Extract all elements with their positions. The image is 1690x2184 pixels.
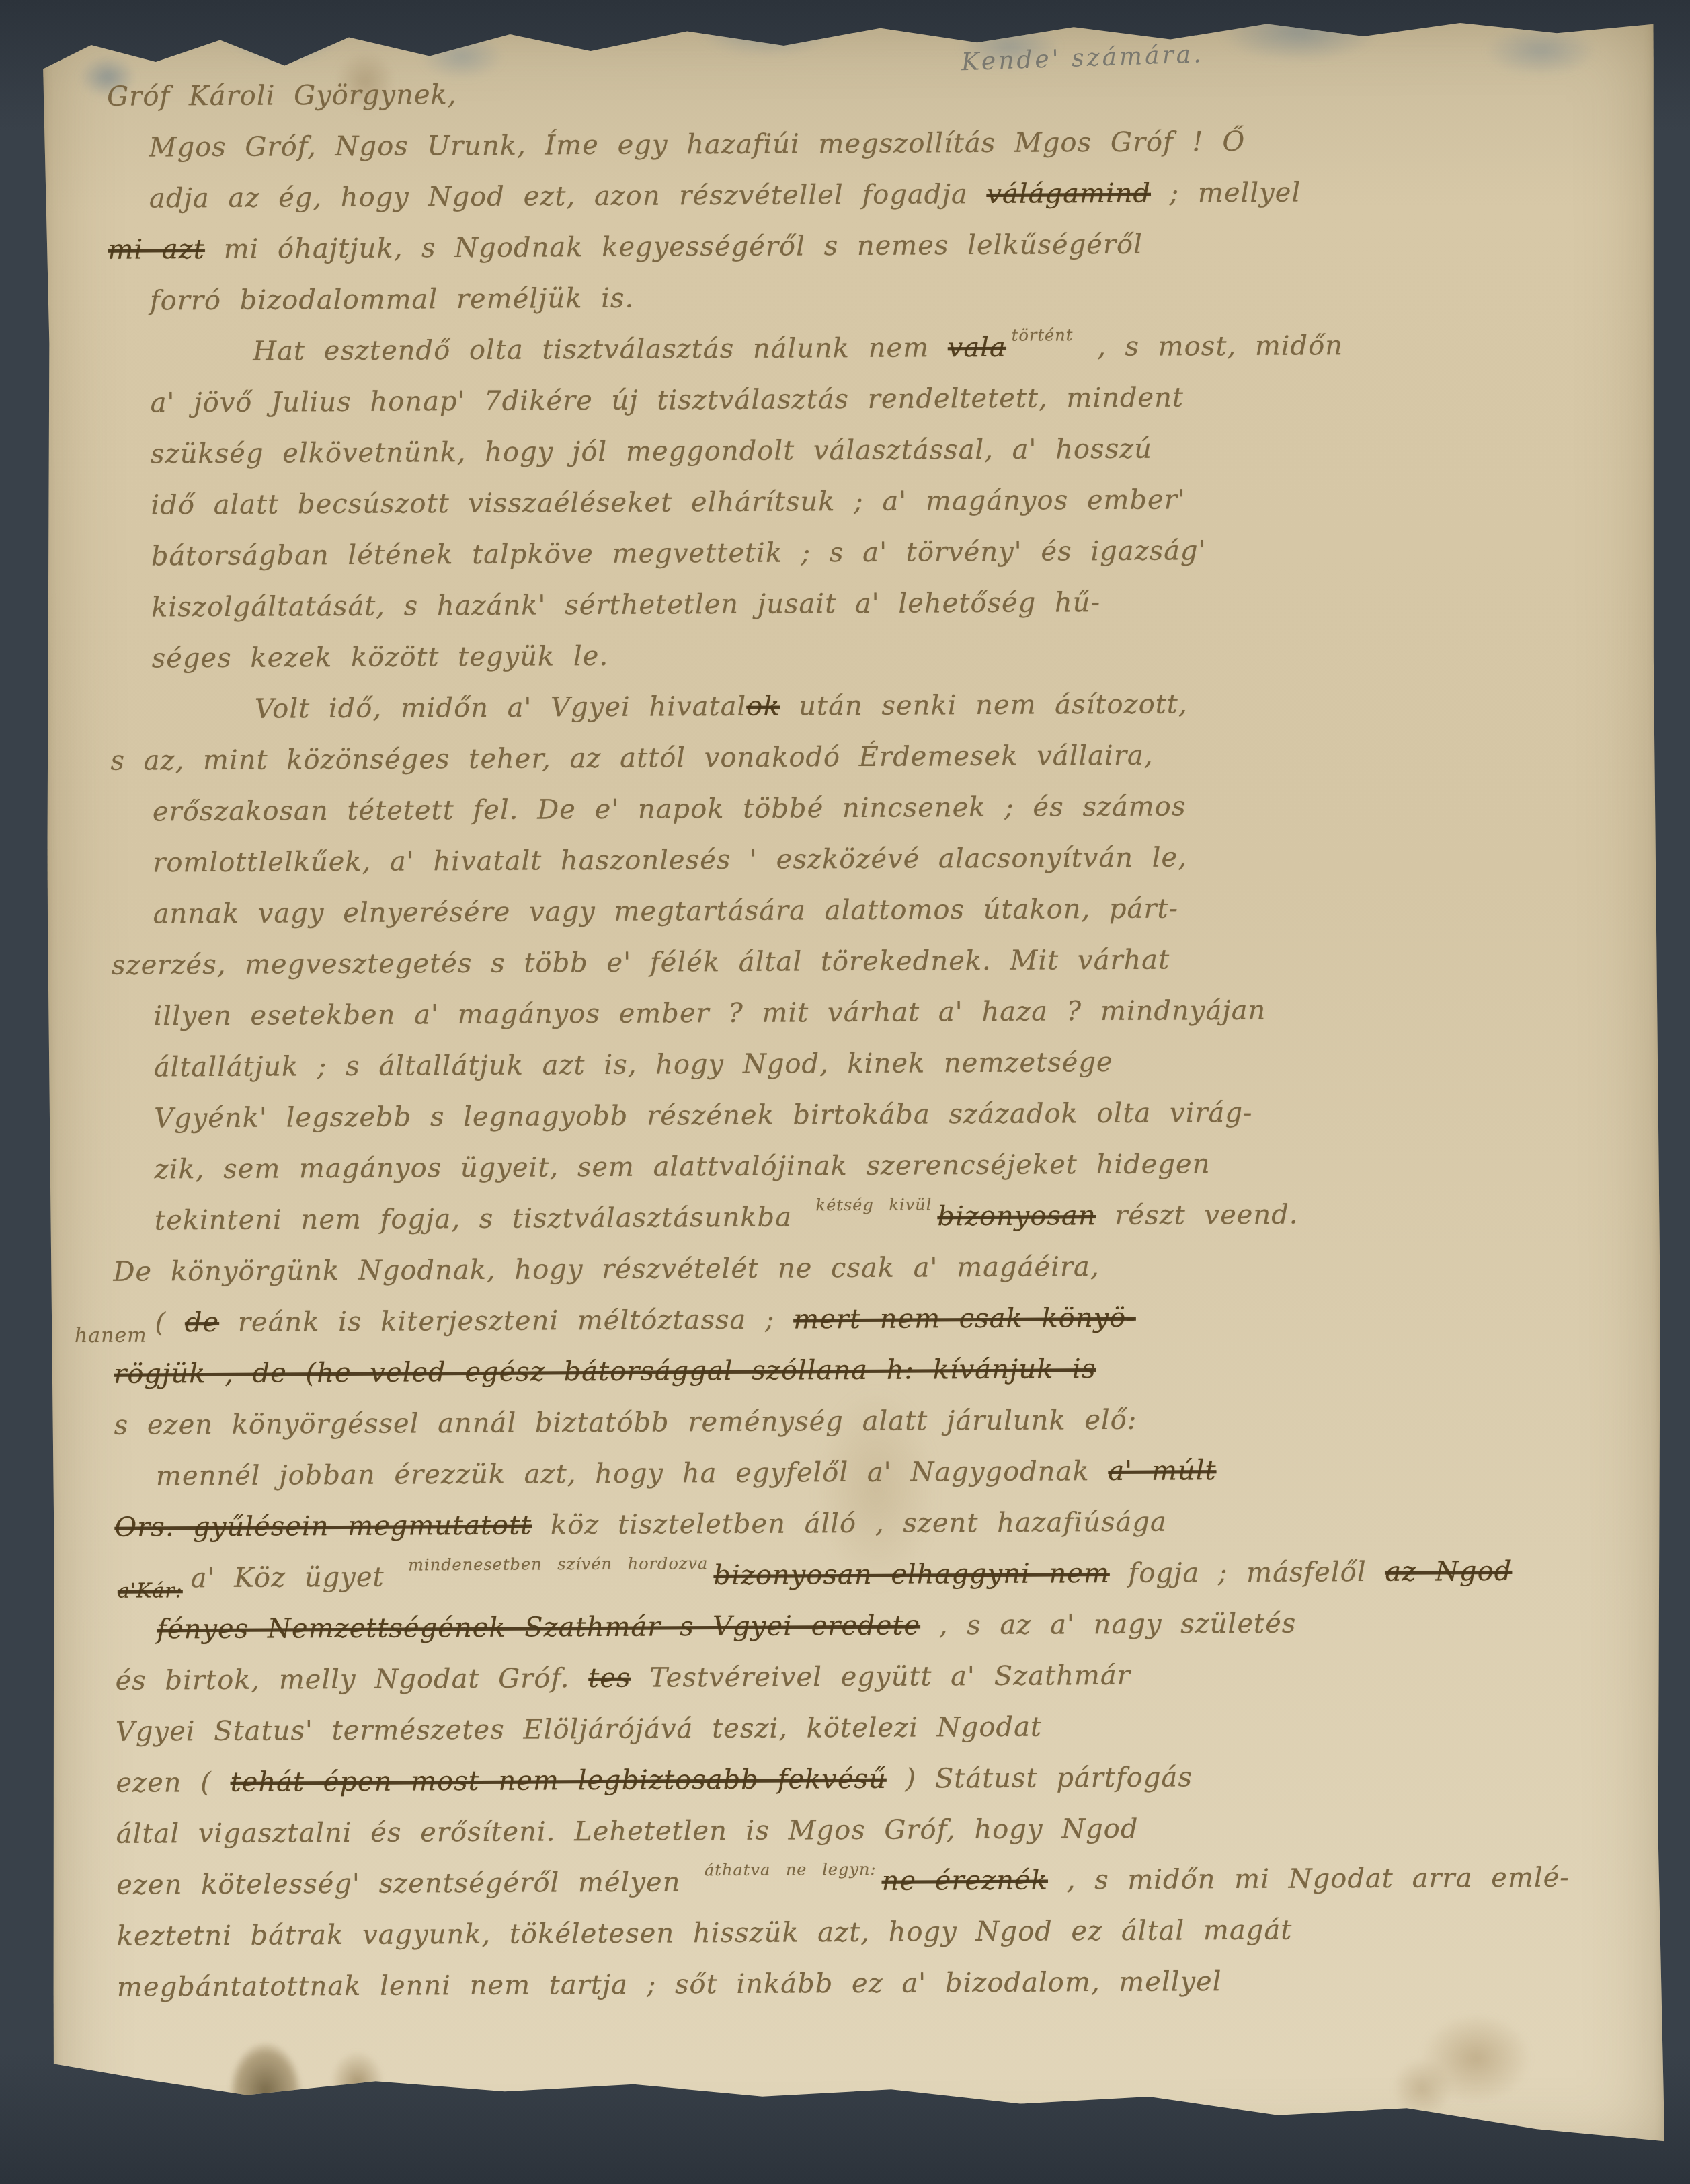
manuscript-line: a' jövő Julius honap' 7dikére új tisztvá… [108, 370, 1628, 429]
manuscript-line: fényes Nemzettségének Szathmár s Vgyei e… [115, 1596, 1635, 1655]
text-segment: zik, sem magányos ügyeit, sem alattvalój… [154, 1148, 1210, 1185]
inserted-segment: mindenesetben szívén hordozva [408, 1554, 708, 1574]
struck-segment: Ors. gyűlésein megmutatott [114, 1510, 532, 1543]
text-segment: részt veend. [1096, 1200, 1298, 1232]
text-segment: kiszolgáltatását, s hazánk' sérthetetlen… [151, 587, 1100, 623]
text-segment: Vgyénk' legszebb s legnagyobb részének b… [154, 1097, 1252, 1134]
struck-segment: ok [746, 691, 780, 722]
text-segment: Mgos Gróf, Ngos Urunk, Íme egy hazafiúi … [149, 126, 1246, 163]
text-segment: mennél jobban érezzük azt, hogy ha egyfe… [156, 1456, 1109, 1491]
manuscript-paper: Kende' számára. Gróf Károli Györgynek, M… [43, 13, 1665, 2167]
text-segment: megbántatottnak lenni nem tartja ; sőt i… [117, 1966, 1222, 2003]
struck-segment: fényes Nemzettségének Szathmár s Vgyei e… [157, 1610, 920, 1645]
text-segment: keztetni bátrak vagyunk, tökéletesen his… [116, 1915, 1292, 1952]
manuscript-line: séges kezek között tegyük le. [110, 625, 1629, 685]
struck-segment: tehát épen most nem legbiztosabb fekvésű [230, 1764, 886, 1798]
manuscript-line: illyen esetekben a' magányos ember ? mit… [112, 983, 1632, 1042]
text-segment: mi óhajtjuk, s Ngodnak kegyességéről s n… [205, 229, 1143, 265]
struck-segment: mi azt [108, 234, 205, 266]
manuscript-line: és birtok, melly Ngodat Gróf. tes Testvé… [115, 1647, 1635, 1707]
manuscript-line: erőszakosan tétetett fel. De e' napok tö… [111, 779, 1631, 838]
manuscript-line: annak vagy elnyerésére vagy megtartására… [111, 881, 1631, 940]
manuscript-line: általlátjuk ; s általlátjuk azt is, hogy… [112, 1034, 1632, 1093]
struck-segment: a' múlt [1108, 1455, 1216, 1487]
text-segment: a' jövő Julius honap' 7dikére új tisztvá… [151, 382, 1184, 418]
manuscript-line: megbántatottnak lenni nem tartja ; sőt i… [117, 1954, 1637, 2013]
text-segment: erőszakosan tétetett fel. De e' napok tö… [153, 791, 1186, 827]
text-segment: és birtok, melly Ngodat Gróf. [115, 1663, 588, 1696]
ink-blot-bottom-left [188, 2017, 430, 2152]
text-segment: séges kezek között tegyük le. [152, 641, 609, 674]
margin-note-struck: a'Kár: [118, 1579, 183, 1603]
manuscript-line: De könyörgünk Ngodnak, hogy részvételét … [113, 1239, 1633, 1298]
struck-segment: vala [948, 332, 1006, 363]
manuscript-line: rögjük , de (he veled egész bátorsággal … [114, 1341, 1634, 1400]
struck-segment: de [185, 1307, 220, 1338]
struck-segment: rögjük , de (he veled egész bátorsággal … [114, 1354, 1096, 1390]
text-segment: ( [155, 1307, 185, 1338]
manuscript-line: által vigasztalni és erősíteni. Lehetetl… [116, 1801, 1636, 1860]
text-segment: Vgyei Status' természetes Elöljárójává t… [116, 1712, 1042, 1748]
manuscript-line: szükség elkövetnünk, hogy jól meggondolt… [109, 421, 1629, 480]
text-segment: ezen kötelesség' szentségéről mélyen [116, 1867, 699, 1901]
manuscript-line: hanem( de reánk is kiterjeszteni méltózt… [114, 1290, 1634, 1349]
letter-body: Mgos Gróf, Ngos Urunk, Íme egy hazafiúi … [107, 114, 1637, 2013]
margin-note: hanem [75, 1324, 147, 1348]
text-segment: s ezen könyörgéssel annál biztatóbb remé… [114, 1405, 1137, 1441]
manuscript-line: Vgyei Status' természetes Elöljárójává t… [116, 1699, 1636, 1758]
text-segment: illyen esetekben a' magányos ember ? mit… [153, 995, 1266, 1032]
text-segment: forró bizodalommal reméljük is. [150, 283, 635, 317]
manuscript-line: Volt idő, midőn a' Vgyei hivatalok után … [110, 676, 1630, 736]
text-segment: fogja ; másfelől [1110, 1557, 1385, 1589]
text-segment: De könyörgünk Ngodnak, hogy részvételét … [113, 1251, 1099, 1288]
text-segment: Volt idő, midőn a' Vgyei hivatal [255, 691, 746, 725]
text-segment: szükség elkövetnünk, hogy jól meggondolt… [151, 434, 1152, 470]
text-segment: ezen ( [116, 1767, 230, 1799]
manuscript-line: mi azt mi óhajtjuk, s Ngodnak kegyességé… [108, 217, 1627, 276]
text-segment: romlottlelkűek, a' hivatalt haszonlesés … [153, 842, 1187, 878]
text-segment: idő alatt becsúszott visszaéléseket elhá… [151, 484, 1186, 520]
letter-text: Gróf Károli Györgynek, Mgos Gróf, Ngos U… [107, 63, 1637, 2013]
text-segment: Hat esztendő olta tisztválasztás nálunk … [253, 332, 948, 366]
struck-segment: bizonyosan elhaggyni nem [713, 1558, 1110, 1591]
text-segment: tekinteni nem fogja, s tisztválasztásunk… [155, 1202, 811, 1236]
manuscript-line: bátorságban létének talpköve megvettetik… [110, 523, 1629, 582]
manuscript-line: Hat esztendő olta tisztválasztás nálunk … [108, 319, 1628, 378]
manuscript-line: kiszolgáltatását, s hazánk' sérthetetlen… [110, 574, 1629, 633]
struck-segment: az Ngod [1385, 1556, 1512, 1588]
inserted-segment: kétség kivül [815, 1196, 932, 1215]
manuscript-line: romlottlelkűek, a' hivatalt haszonlesés … [111, 830, 1631, 889]
struck-segment: válágamind [986, 178, 1151, 210]
struck-segment: ne éreznék [881, 1865, 1048, 1897]
text-segment: , s most, midőn [1078, 330, 1343, 362]
manuscript-line: szerzés, megvesztegetés s több e' félék … [112, 932, 1632, 991]
manuscript-line: forró bizodalommal reméljük is. [108, 268, 1628, 327]
manuscript-line: tekinteni nem fogja, s tisztválasztásunk… [113, 1187, 1633, 1247]
letter-heading: Gróf Károli Györgynek, [107, 63, 1627, 122]
text-segment: által vigasztalni és erősíteni. Lehetetl… [116, 1813, 1139, 1850]
text-segment: a' Köz ügyet [191, 1562, 403, 1594]
text-segment: Testvéreivel együtt a' Szathmár [631, 1660, 1131, 1694]
manuscript-line: Vgyénk' legszebb s legnagyobb részének b… [112, 1085, 1632, 1144]
scan-background: Kende' számára. Gróf Károli Györgynek, M… [0, 0, 1690, 2184]
struck-segment: bizonyosan [937, 1200, 1096, 1232]
manuscript-line: mennél jobban érezzük azt, hogy ha egyfe… [114, 1443, 1634, 1502]
text-segment: ; mellyel [1151, 177, 1301, 208]
manuscript-line: Mgos Gróf, Ngos Urunk, Íme egy hazafiúi … [107, 114, 1627, 173]
text-segment: , s midőn mi Ngodat arra emlé- [1048, 1862, 1570, 1896]
manuscript-line: s ezen könyörgéssel annál biztatóbb remé… [114, 1392, 1634, 1451]
manuscript-line: ezen ( tehát épen most nem legbiztosabb … [116, 1750, 1636, 1809]
manuscript-line: Ors. gyűlésein megmutatott köz tisztelet… [114, 1494, 1634, 1553]
manuscript-line: s az, mint közönséges teher, az attól vo… [110, 728, 1630, 787]
text-segment: általlátjuk ; s általlátjuk azt is, hogy… [154, 1047, 1113, 1083]
text-segment: s az, mint közönséges teher, az attól vo… [110, 740, 1153, 777]
text-segment: annak vagy elnyerésére vagy megtartására… [153, 893, 1178, 929]
text-segment: után senki nem ásítozott, [780, 689, 1187, 721]
text-segment: adja az ég, hogy Ngod ezt, azon részvéte… [149, 179, 987, 214]
manuscript-line: a'Kár:a' Köz ügyet mindenesetben szívén … [115, 1545, 1635, 1604]
text-segment: szerzés, megvesztegetés s több e' félék … [112, 945, 1170, 981]
manuscript-line: ezen kötelesség' szentségéről mélyen áth… [116, 1852, 1636, 1911]
inserted-segment: áthatva ne legyn: [705, 1860, 877, 1879]
struck-segment: tes [588, 1663, 631, 1694]
struck-segment: mert nem csak könyö- [793, 1302, 1136, 1335]
manuscript-line: idő alatt becsúszott visszaéléseket elhá… [109, 472, 1629, 531]
manuscript-line: zik, sem magányos ügyeit, sem alattvalój… [112, 1136, 1632, 1196]
text-segment: ) Státust pártfogás [887, 1762, 1193, 1794]
inserted-segment: történt [1012, 325, 1074, 344]
text-segment: köz tiszteletben álló , szent hazafiúság… [532, 1507, 1167, 1541]
text-segment: , s az a' nagy születés [920, 1608, 1296, 1641]
manuscript-line: adja az ég, hogy Ngod ezt, azon részvéte… [108, 165, 1627, 225]
text-segment: reánk is kiterjeszteni méltóztassa ; [219, 1304, 793, 1337]
manuscript-line: keztetni bátrak vagyunk, tökéletesen his… [116, 1903, 1636, 1962]
text-segment: bátorságban létének talpköve megvettetik… [151, 535, 1207, 572]
